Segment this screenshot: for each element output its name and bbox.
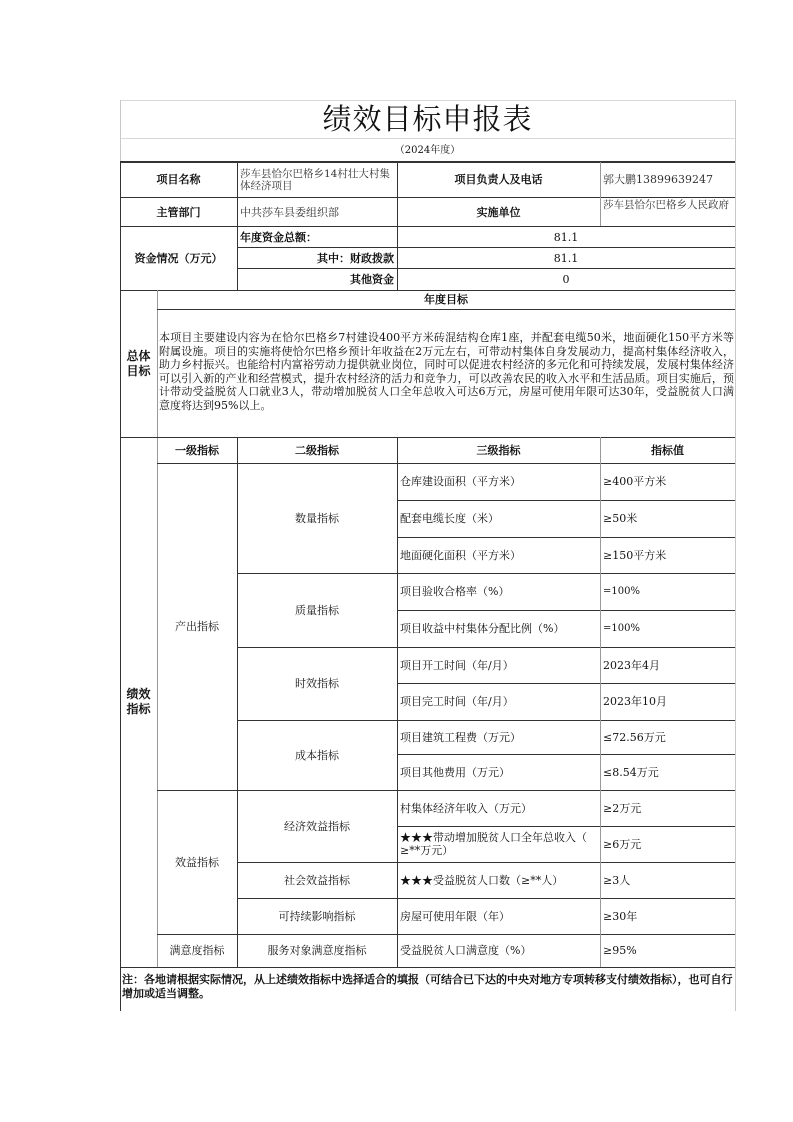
- indicator-row-13-value: ≥95%: [600, 934, 735, 967]
- indicator-row-1-value: ≥50米: [600, 500, 735, 537]
- indicator-row-4-value: =100%: [600, 610, 735, 647]
- funds-other-value: 0: [397, 269, 735, 290]
- project-name-label: 项目名称: [120, 162, 237, 197]
- level2-timeliness: 时效指标: [237, 647, 397, 720]
- dept-label: 主管部门: [120, 198, 237, 226]
- goal-side-label: 总体目标: [120, 290, 157, 437]
- level2-cost: 成本指标: [237, 720, 397, 790]
- indicator-row-11-name: ★★★受益脱贫人口数（≥**人）: [397, 862, 600, 898]
- indicator-row-4-name: 项目收益中村集体分配比例（%）: [397, 610, 600, 647]
- level2-quality: 质量指标: [237, 573, 397, 647]
- level2-social: 社会效益指标: [237, 862, 397, 898]
- indicator-row-8-value: ≤8.54万元: [600, 754, 735, 790]
- page-title: 绩效目标申报表: [120, 100, 735, 138]
- indicator-row-1-name: 配套电缆长度（米）: [397, 500, 600, 537]
- indicator-row-9-value: ≥2万元: [600, 790, 735, 826]
- level1-benefit: 效益指标: [157, 790, 237, 934]
- indicator-row-5-value: 2023年4月: [600, 647, 735, 683]
- indicator-row-2-name: 地面硬化面积（平方米）: [397, 537, 600, 573]
- level2-sustainable: 可持续影响指标: [237, 898, 397, 934]
- indicator-row-0-value: ≥400平方米: [600, 463, 735, 500]
- indicator-row-12-value: ≥30年: [600, 898, 735, 934]
- footnote: 注：各地请根据实际情况，从上述绩效指标中选择适合的填报（可结合已下达的中央对地方…: [122, 973, 734, 1001]
- indicator-row-11-value: ≥3人: [600, 862, 735, 898]
- indicator-row-13-name: 受益脱贫人口满意度（%）: [397, 934, 600, 967]
- indicator-row-3-name: 项目验收合格率（%）: [397, 573, 600, 610]
- indicator-row-10-value: ≥6万元: [600, 826, 735, 862]
- funds-total-value: 81.1: [397, 227, 735, 247]
- owner-value: 郭大鹏13899639247: [600, 162, 735, 197]
- header-level1: 一级指标: [157, 437, 237, 463]
- indicators-side-label: 绩效指标: [120, 437, 157, 967]
- indicator-row-6-name: 项目完工时间（年/月）: [397, 683, 600, 720]
- indicator-row-0-name: 仓库建设面积（平方米）: [397, 463, 600, 500]
- header-value: 指标值: [600, 437, 735, 463]
- impl-value: 莎车县恰尔巴格乡人民政府: [600, 198, 735, 226]
- indicator-row-8-name: 项目其他费用（万元）: [397, 754, 600, 790]
- level1-output: 产出指标: [157, 463, 237, 790]
- indicator-row-7-name: 项目建筑工程费（万元）: [397, 720, 600, 754]
- funds-total-label: 年度资金总额：: [237, 227, 397, 247]
- funds-other-label: 其他资金: [237, 269, 397, 290]
- funds-label: 资金情况（万元）: [120, 227, 237, 290]
- indicator-row-2-value: ≥150平方米: [600, 537, 735, 573]
- level2-quantity: 数量指标: [237, 463, 397, 573]
- impl-label: 实施单位: [397, 198, 600, 226]
- indicator-row-5-name: 项目开工时间（年/月）: [397, 647, 600, 683]
- header-level2: 二级指标: [237, 437, 397, 463]
- indicators-side-text: 绩效指标: [124, 687, 154, 717]
- goal-side-text: 总体目标: [124, 349, 154, 379]
- dept-value: 中共莎车县委组织部: [237, 198, 397, 226]
- header-level3: 三级指标: [397, 437, 600, 463]
- indicator-row-10-name: ★★★带动增加脱贫人口全年总收入（ ≥**万元）: [397, 826, 600, 862]
- indicator-row-7-value: ≤72.56万元: [600, 720, 735, 754]
- indicator-row-12-name: 房屋可使用年限（年）: [397, 898, 600, 934]
- level2-service-satisfaction: 服务对象满意度指标: [237, 934, 397, 967]
- goal-text: 本项目主要建设内容为在恰尔巴格乡7村建设400平方米砖混结构仓库1座，并配套电缆…: [159, 331, 734, 413]
- project-name-value: 莎车县恰尔巴格乡14村壮大村集体经济项目: [237, 162, 397, 197]
- owner-label: 项目负责人及电话: [397, 162, 600, 197]
- level2-economic: 经济效益指标: [237, 790, 397, 862]
- funds-fiscal-value: 81.1: [397, 248, 735, 268]
- indicator-row-3-value: =100%: [600, 573, 735, 610]
- year-subtitle: （2024年度）: [120, 139, 735, 161]
- goal-header: 年度目标: [157, 290, 735, 309]
- funds-fiscal-label: 其中：财政拨款: [237, 248, 397, 268]
- indicator-row-6-value: 2023年10月: [600, 683, 735, 720]
- level1-satisfaction: 满意度指标: [157, 934, 237, 967]
- indicator-row-9-name: 村集体经济年收入（万元）: [397, 790, 600, 826]
